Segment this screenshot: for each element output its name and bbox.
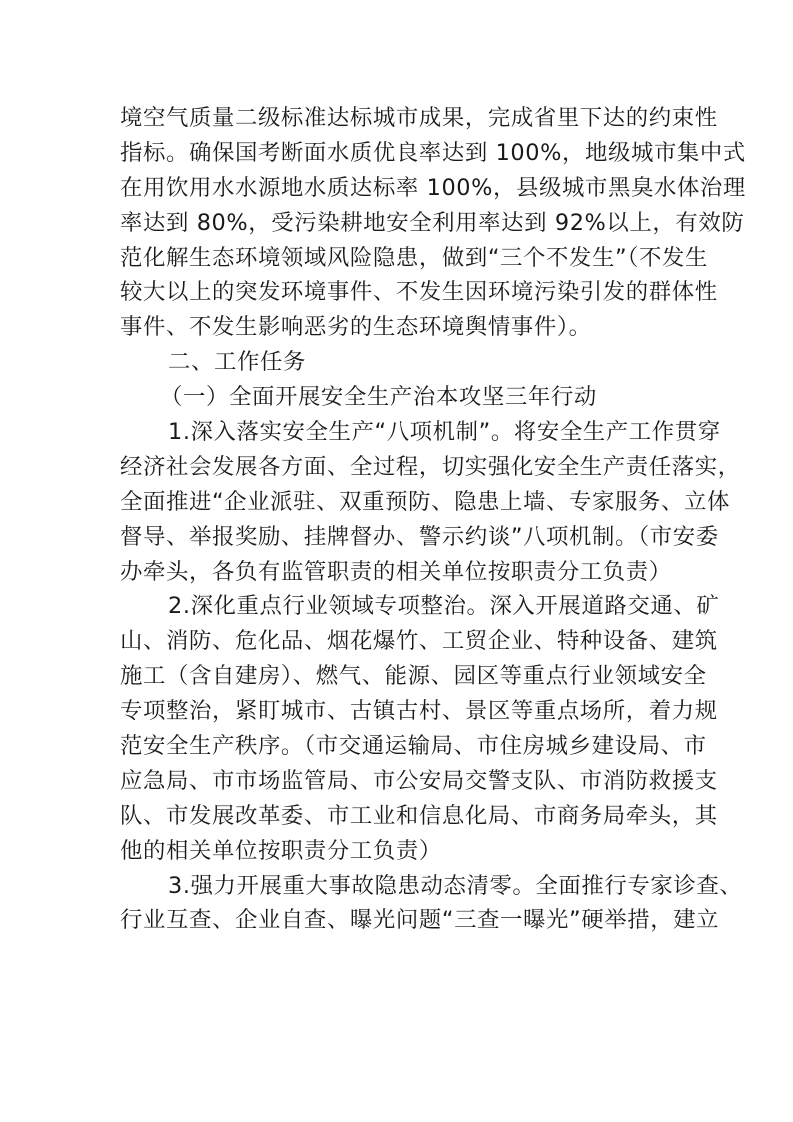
body-text-line: 事件、不发生影响恶劣的生态环境舆情事件）。 [120,310,676,345]
body-text-line: 境空气质量二级标准达标城市成果，完成省里下达的约束性 [120,101,676,136]
body-text-line: 山、消防、危化品、烟花爆竹、工贸企业、特种设备、建筑 [120,624,676,659]
body-text-line: 范化解生态环境领域风险隐患，做到“三个不发生”（不发生 [120,241,676,276]
body-text-line: 专项整治，紧盯城市、古镇古村、景区等重点场所，着力规 [120,694,676,729]
subsection-heading: （一）全面开展安全生产治本攻坚三年行动 [120,380,676,415]
document-body: 境空气质量二级标准达标城市成果，完成省里下达的约束性 指标。确保国考断面水质优良… [120,101,676,938]
document-page: 境空气质量二级标准达标城市成果，完成省里下达的约束性 指标。确保国考断面水质优良… [0,0,793,1122]
body-text-line: 施工（含自建房）、燃气、能源、园区等重点行业领域安全 [120,659,676,694]
body-text-line: 在用饮用水水源地水质达标率 100%，县级城市黑臭水体治理 [120,171,676,206]
item-2-first-line: 2.深化重点行业领域专项整治。深入开展道路交通、矿 [120,589,676,624]
body-text-line: 全面推进“企业派驻、双重预防、隐患上墙、专家服务、立体 [120,485,676,520]
body-text-line: 他的相关单位按职责分工负责） [120,834,676,869]
body-text-line: 范安全生产秩序。（市交通运输局、市住房城乡建设局、市 [120,729,676,764]
section-heading: 二、工作任务 [120,345,676,380]
body-text-line: 率达到 80%，受污染耕地安全利用率达到 92%以上，有效防 [120,206,676,241]
body-text-line: 行业互查、企业自查、曝光问题“三查一曝光”硬举措，建立 [120,903,676,938]
body-text-line: 督导、举报奖励、挂牌督办、警示约谈”八项机制。（市安委 [120,520,676,555]
body-text-line: 经济社会发展各方面、全过程，切实强化安全生产责任落实， [120,450,676,485]
body-text-line: 办牵头，各负有监管职责的相关单位按职责分工负责） [120,555,676,590]
item-1-first-line: 1.深入落实安全生产“八项机制”。将安全生产工作贯穿 [120,415,676,450]
body-text-line: 较大以上的突发环境事件、不发生因环境污染引发的群体性 [120,275,676,310]
item-3-first-line: 3.强力开展重大事故隐患动态清零。全面推行专家诊查、 [120,869,676,904]
body-text-line: 指标。确保国考断面水质优良率达到 100%，地级城市集中式 [120,136,676,171]
body-text-line: 队、市发展改革委、市工业和信息化局、市商务局牵头，其 [120,799,676,834]
body-text-line: 应急局、市市场监管局、市公安局交警支队、市消防救援支 [120,764,676,799]
